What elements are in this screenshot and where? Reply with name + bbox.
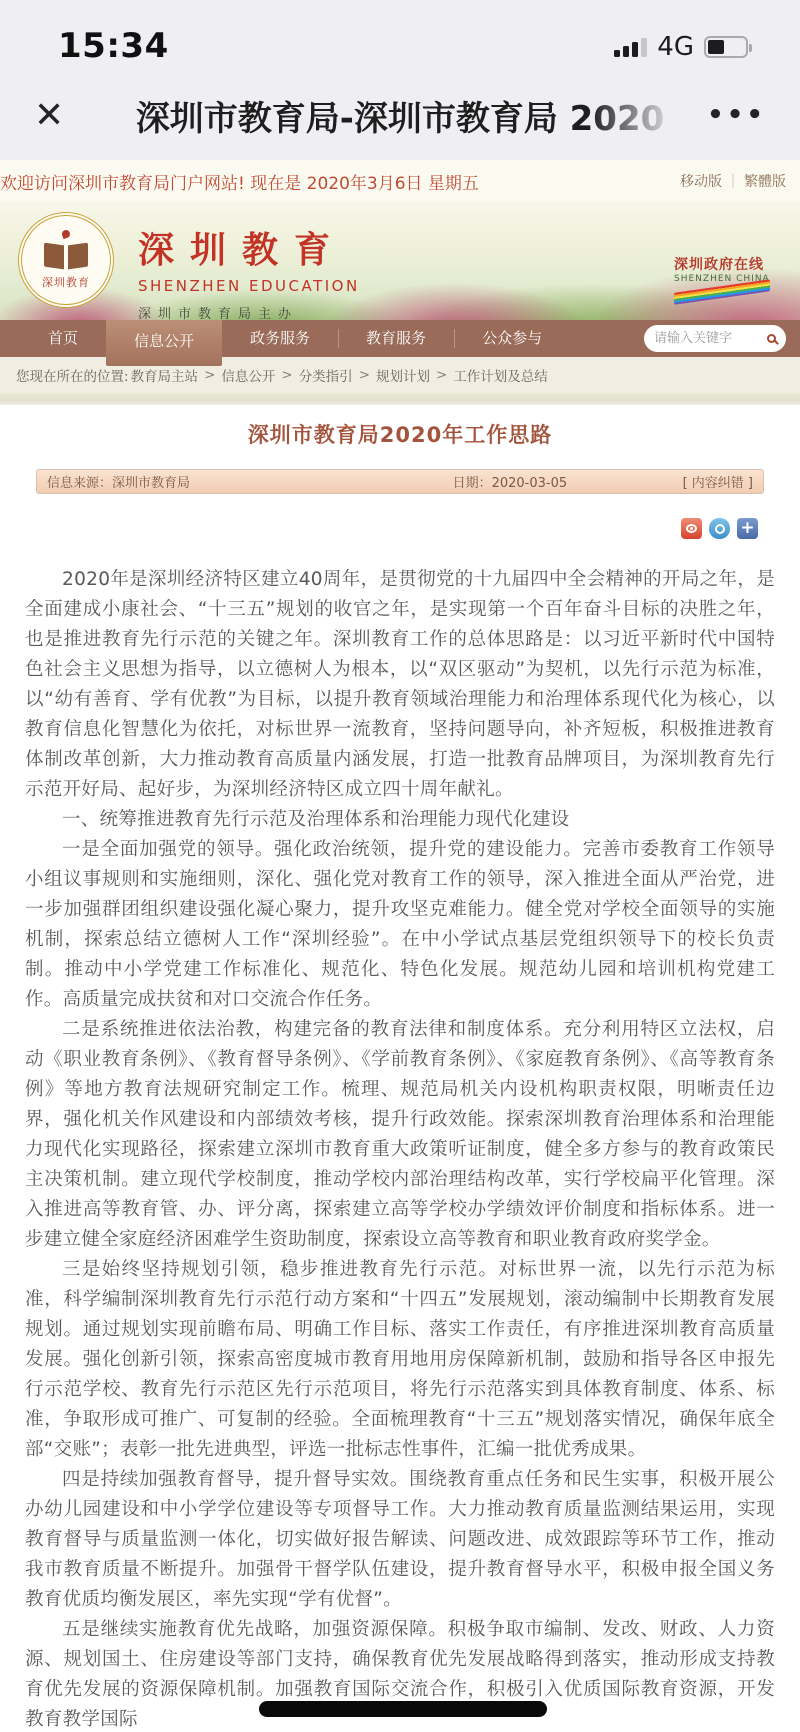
traditional-version-link[interactable]: 繁體版 xyxy=(744,174,786,190)
breadcrumb-prefix: 您现在所在的位置: xyxy=(16,365,129,385)
article-content: 深圳市教育局2020年工作思路 信息来源：深圳市教育局 日期：2020-03-0… xyxy=(0,405,800,1732)
paragraph: 二是系统推进依法治教，构建完备的教育法律和制度体系。充分利用特区立法权，启动《职… xyxy=(25,1015,775,1255)
breadcrumb-item[interactable]: 规划计划 xyxy=(376,365,430,385)
emblem-label: 深圳教育 xyxy=(42,274,90,290)
welcome-bar: 欢迎访问深圳市教育局门户网站! 现在是 2020年3月6日 星期五 移动版｜繁體… xyxy=(0,160,800,202)
content-correction-link[interactable]: [ 内容纠错 ] xyxy=(683,472,753,491)
version-links: 移动版｜繁體版 xyxy=(680,171,786,191)
gov-logo-cn: 深圳政府在线 xyxy=(674,254,770,274)
paragraph: 一是全面加强党的领导。强化政治统领，提升党的建设能力。完善市委教育工作领导小组议… xyxy=(25,835,775,1015)
battery-icon xyxy=(704,36,748,58)
shenzhen-gov-logo: 深圳政府在线 SHENZHEN CHINA xyxy=(674,254,770,298)
search-icon[interactable] xyxy=(767,334,776,343)
signal-strength-icon xyxy=(614,37,647,57)
paragraph: 三是始终坚持规划引领，稳步推进教育先行示范。对标世界一流，以先行示范为标准，科学… xyxy=(25,1255,775,1465)
article-source: 信息来源：深圳市教育局 xyxy=(47,472,453,491)
site-banner: 深圳教育 深圳教育 SHENZHEN EDUCATION 深圳市教育局主办 深圳… xyxy=(0,202,800,320)
breadcrumb-separator: > xyxy=(436,367,447,383)
search-input[interactable] xyxy=(654,331,767,346)
qq-share-icon[interactable] xyxy=(709,518,730,539)
breadcrumb-separator: > xyxy=(204,367,215,383)
page: 15:34 4G ✕ 深圳市教育局-深圳市教育局 2020 ••• 欢迎访问深圳… xyxy=(0,0,800,1732)
network-type-label: 4G xyxy=(657,32,694,62)
breadcrumb-item[interactable]: 教育局主站 xyxy=(131,365,199,385)
browser-chrome: 15:34 4G ✕ 深圳市教育局-深圳市教育局 2020 ••• xyxy=(0,0,800,160)
site-host-line: 深圳市教育局主办 xyxy=(138,303,360,320)
breadcrumb-separator: > xyxy=(281,367,292,383)
status-bar: 15:34 4G xyxy=(0,0,800,70)
redaction-bar xyxy=(259,1701,547,1717)
nav-item-public-participation[interactable]: 公众参与 xyxy=(454,320,570,357)
article-body: 2020年是深圳经济特区建立40周年，是贯彻党的十九届四中全会精神的开局之年，是… xyxy=(0,539,800,1732)
education-bureau-emblem-icon: 深圳教育 xyxy=(18,212,114,308)
main-nav: 首页 信息公开 政务服务 教育服务 公众参与 xyxy=(0,320,800,357)
weibo-share-icon[interactable] xyxy=(681,518,702,539)
section-heading: 一、统筹推进教育先行示范及治理体系和治理能力现代化建设 xyxy=(25,805,775,835)
breadcrumb-item[interactable]: 工作计划及总结 xyxy=(453,365,548,385)
close-icon[interactable]: ✕ xyxy=(34,95,104,136)
browser-title-bar: ✕ 深圳市教育局-深圳市教育局 2020 ••• xyxy=(0,70,800,160)
link-separator: ｜ xyxy=(726,174,740,190)
clock: 15:34 xyxy=(58,26,169,66)
nav-item-gov-services[interactable]: 政务服务 xyxy=(222,320,338,357)
site-search[interactable] xyxy=(644,325,786,352)
breadcrumb-separator: > xyxy=(359,367,370,383)
more-menu-icon[interactable]: ••• xyxy=(696,100,766,130)
site-identity: 深圳教育 SHENZHEN EDUCATION 深圳市教育局主办 xyxy=(138,222,360,320)
breadcrumb-item[interactable]: 信息公开 xyxy=(221,365,275,385)
page-title: 深圳市教育局2020年工作思路 xyxy=(0,405,800,449)
browser-page-title: 深圳市教育局-深圳市教育局 2020 xyxy=(104,91,696,140)
breadcrumb-item[interactable]: 分类指引 xyxy=(299,365,353,385)
article-meta-bar: 信息来源：深圳市教育局 日期：2020-03-05 [ 内容纠错 ] xyxy=(36,469,764,494)
more-share-icon[interactable]: + xyxy=(737,518,758,539)
mobile-version-link[interactable]: 移动版 xyxy=(680,174,722,190)
nav-item-home[interactable]: 首页 xyxy=(20,320,106,357)
paragraph: 2020年是深圳经济特区建立40周年，是贯彻党的十九届四中全会精神的开局之年，是… xyxy=(25,565,775,805)
nav-item-info-disclosure[interactable]: 信息公开 xyxy=(106,320,222,366)
article-date: 日期：2020-03-05 xyxy=(453,472,683,491)
paragraph: 四是持续加强教育督导，提升督导实效。围绕教育重点任务和民生实事，积极开展公办幼儿… xyxy=(25,1465,775,1615)
nav-item-edu-services[interactable]: 教育服务 xyxy=(338,320,454,357)
share-buttons: + xyxy=(0,518,758,539)
decorative-strip xyxy=(0,393,800,405)
site-name-en: SHENZHEN EDUCATION xyxy=(138,277,360,295)
welcome-text: 欢迎访问深圳市教育局门户网站! 现在是 2020年3月6日 星期五 xyxy=(0,169,479,194)
site-name: 深圳教育 xyxy=(138,222,360,273)
